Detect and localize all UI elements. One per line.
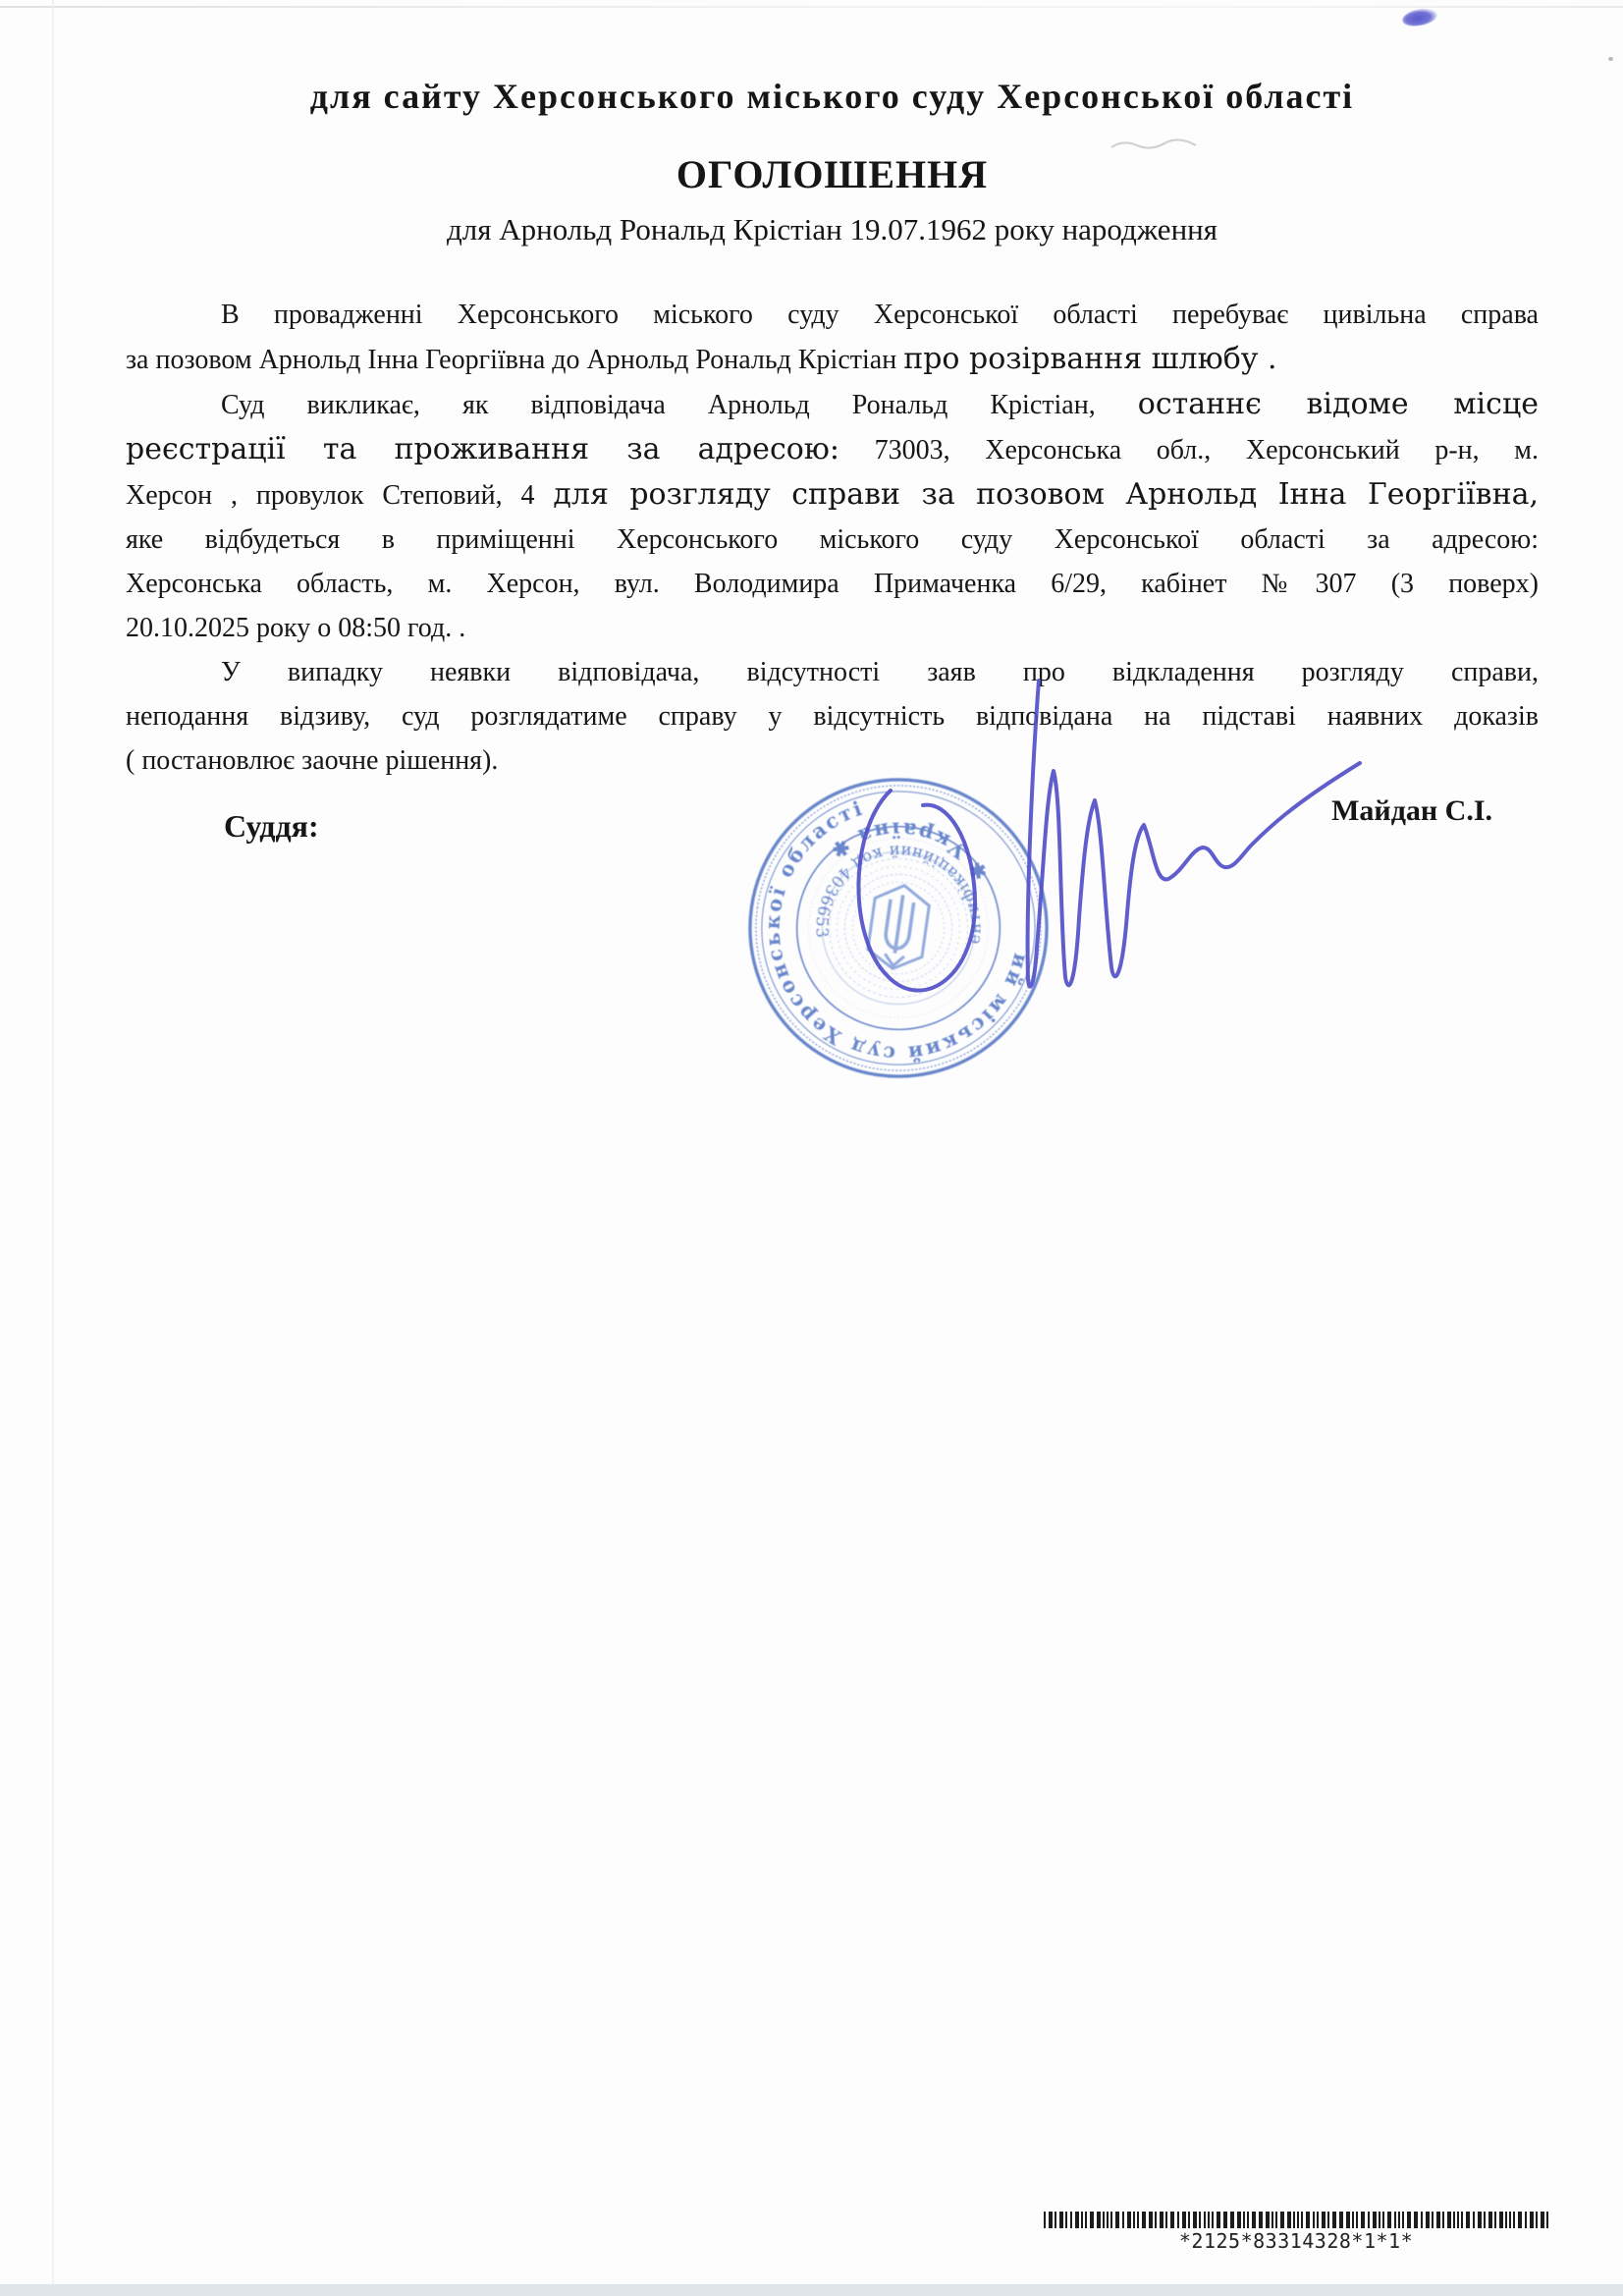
barcode-text: *2125*83314328*1*1*	[1044, 2229, 1548, 2253]
body-line: реєстрації та проживання за адресою: 730…	[126, 427, 1539, 472]
scan-bottom-edge	[0, 2284, 1623, 2296]
body-line: Херсонська область, м. Херсон, вул. Воло…	[126, 562, 1539, 606]
document-title: ОГОЛОШЕННЯ	[126, 151, 1539, 198]
document-subtitle: для Арнольд Рональд Крістіан 19.07.1962 …	[126, 210, 1539, 249]
body-line: Херсон , провулок Степовий, 4 для розгля…	[126, 472, 1539, 518]
barcode: *2125*83314328*1*1*	[1044, 2212, 1548, 2253]
barcode-bars	[1044, 2212, 1548, 2228]
site-header-line: для сайту Херсонського міського суду Хер…	[126, 75, 1539, 118]
body-line: В провадженні Херсонського міського суду…	[126, 293, 1539, 337]
judge-signature	[830, 653, 1399, 1026]
signature-stroke	[858, 681, 1360, 991]
body-line: яке відбудеться в приміщенні Херсонськог…	[126, 518, 1539, 562]
body-line: Суд викликає, як відповідача Арнольд Рон…	[126, 382, 1539, 427]
body-line: 20.10.2025 року о 08:50 год. .	[126, 606, 1539, 650]
judge-label: Суддя:	[224, 808, 319, 845]
scan-speck	[1608, 57, 1613, 61]
document-page: { "document": { "site_line": "для сайту …	[0, 0, 1623, 2296]
body-line: за позовом Арнольд Інна Георгіївна до Ар…	[126, 337, 1539, 382]
scan-left-streak	[52, 0, 54, 2296]
